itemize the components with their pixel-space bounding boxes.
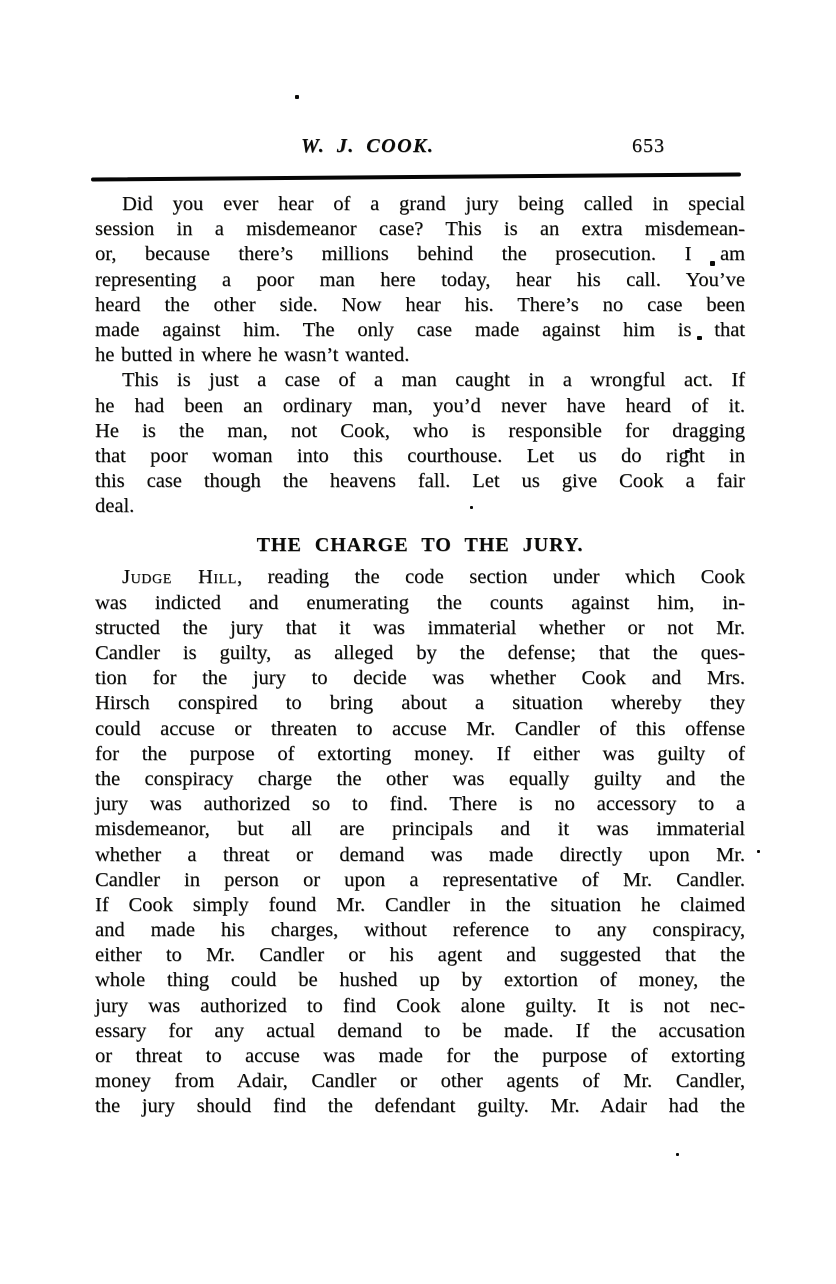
text-line: whole thing could be hushed up by extort… (95, 968, 745, 993)
scan-speck (710, 261, 715, 266)
text-line: deal. (95, 494, 745, 519)
speaker-name-smallcaps: Judge Hill (122, 566, 237, 588)
text-line: was indicted and enumerating the counts … (95, 591, 745, 616)
text-line: or, because there’s millions behind the … (95, 242, 745, 267)
text-line: Candler is guilty, as alleged by the def… (95, 641, 745, 666)
text-block: Did you ever hear of a grand jury being … (95, 192, 745, 1120)
text-line: jury was authorized so to find. There is… (95, 792, 745, 817)
text-line: Judge Hill, reading the code section und… (95, 565, 745, 590)
text-line: essary for any actual demand to be made.… (95, 1019, 745, 1044)
scan-speck (676, 1153, 679, 1156)
scan-speck (470, 506, 473, 509)
text-line: heard the other side. Now hear his. Ther… (95, 293, 745, 318)
text-line: he had been an ordinary man, you’d never… (95, 394, 745, 419)
text-line: whether a threat or demand was made dire… (95, 843, 745, 868)
text-line: the conspiracy charge the other was equa… (95, 767, 745, 792)
paragraph: Did you ever hear of a grand jury being … (95, 192, 745, 368)
text-line: that poor woman into this courthouse. Le… (95, 444, 745, 469)
scan-speck (697, 336, 702, 340)
paragraph: This is just a case of a man caught in a… (95, 368, 745, 519)
section-heading: THE CHARGE TO THE JURY. (95, 532, 745, 558)
scan-speck (295, 95, 299, 99)
text-line: Candler in person or upon a representati… (95, 868, 745, 893)
text-line: Did you ever hear of a grand jury being … (95, 192, 745, 217)
text-line: money from Adair, Candler or other agent… (95, 1069, 745, 1094)
text-line: either to Mr. Candler or his agent and s… (95, 943, 745, 968)
text-line: If Cook simply found Mr. Candler in the … (95, 893, 745, 918)
text-line: the jury should find the defendant guilt… (95, 1094, 745, 1119)
header-rule (91, 172, 741, 181)
text-line: structed the jury that it was immaterial… (95, 616, 745, 641)
text-line: session in a misdemeanor case? This is a… (95, 217, 745, 242)
text-line: misdemeanor, but all are principals and … (95, 817, 745, 842)
text-line: could accuse or threaten to accuse Mr. C… (95, 717, 745, 742)
paragraph: Judge Hill, reading the code section und… (95, 565, 745, 1119)
text-line: he butted in where he wasn’t wanted. (95, 343, 745, 368)
text-line: jury was authorized to find Cook alone g… (95, 994, 745, 1019)
text-line: or threat to accuse was made for the pur… (95, 1044, 745, 1069)
running-head: W. J. COOK. 653 (95, 135, 745, 163)
text-line: He is the man, not Cook, who is responsi… (95, 419, 745, 444)
scan-speck (685, 450, 690, 453)
text-line: tion for the jury to decide was whether … (95, 666, 745, 691)
text-line: Hirsch conspired to bring about a situat… (95, 691, 745, 716)
scan-speck (757, 850, 760, 853)
text-line: and made his charges, without reference … (95, 918, 745, 943)
text-line: made against him. The only case made aga… (95, 318, 745, 343)
page-number: 653 (632, 135, 665, 158)
text-line: this case though the heavens fall. Let u… (95, 469, 745, 494)
running-head-title: W. J. COOK. (301, 135, 434, 158)
text-line: representing a poor man here today, hear… (95, 268, 745, 293)
text-line: for the purpose of extorting money. If e… (95, 742, 745, 767)
scanned-book-page: W. J. COOK. 653 Did you ever hear of a g… (0, 0, 836, 1284)
text-line: This is just a case of a man caught in a… (95, 368, 745, 393)
